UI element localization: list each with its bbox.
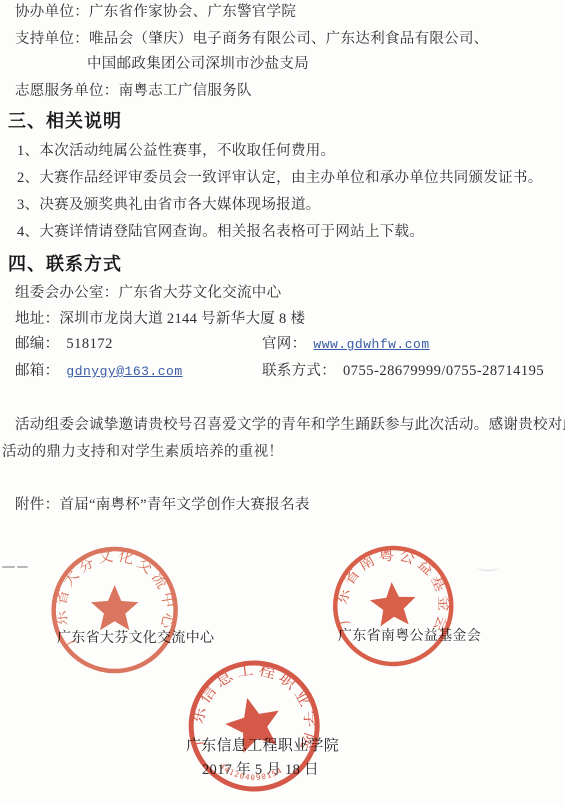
- website-label: 官网：: [262, 336, 306, 352]
- co-organizer-line: 协办单位：广东省作家协会、广东警官学院: [15, 4, 296, 21]
- official-seal-nanyue-fund: 广东省南粤公益基金会: [316, 529, 470, 688]
- email-link[interactable]: gdnygy@163.com: [66, 364, 182, 379]
- scan-artifact-dash: [2, 566, 15, 568]
- section-3-heading: 三、相关说明: [8, 111, 122, 133]
- support-unit-line-1: 支持单位：唯品会（肇庆）电子商务有限公司、广东达利食品有限公司、: [15, 31, 489, 48]
- closing-paragraph-line-1: 活动组委会诚挚邀请贵校号召喜爱文学的青年和学生踊跃参与此次活动。感谢贵校对此: [15, 417, 565, 434]
- scan-artifact-dash: [17, 566, 28, 568]
- closing-paragraph-line-2: 活动的鼎力支持和对学生素质培养的重视！: [2, 444, 283, 461]
- note-item-4: 4、大赛详情请登陆官网查询。相关报名表格可于网站上下载。: [17, 224, 424, 241]
- star-icon: [91, 585, 139, 630]
- note-item-2: 2、大赛作品经评审委员会一致评审认定，由主办单位和承办单位共同颁发证书。: [17, 170, 543, 187]
- star-icon: [220, 691, 286, 755]
- svg-text:广东信息工程职业学院: 广东信息工程职业学院: [186, 655, 326, 757]
- scanned-letter-page: 协办单位：广东省作家协会、广东警官学院 支持单位：唯品会（肇庆）电子商务有限公司…: [0, 0, 565, 806]
- phone-label: 联系方式：: [262, 363, 336, 379]
- seal-arc-text: 广东信息工程职业学院: [186, 655, 326, 757]
- postcode-line: 邮编：518172: [15, 336, 113, 353]
- committee-office-line: 组委会办公室：广东省大芬文化交流中心: [15, 285, 281, 302]
- official-seal-college: 广东信息工程职业学院 441204090154: [174, 646, 334, 806]
- scan-artifact-mark: [477, 564, 499, 571]
- section-4-heading: 四、联系方式: [8, 254, 122, 276]
- phone-value: 0755-28679999/0755-28714195: [343, 363, 544, 379]
- email-line: 邮箱：gdnygy@163.com: [15, 363, 183, 380]
- support-unit-line-2: 中国邮政集团公司深圳市沙盐支局: [87, 56, 309, 73]
- star-icon: [369, 580, 418, 626]
- postcode-value: 518172: [66, 336, 113, 352]
- note-item-3: 3、决赛及颁奖典礼由省市各大媒体现场报道。: [17, 197, 321, 214]
- phone-line: 联系方式：0755-28679999/0755-28714195: [262, 363, 544, 380]
- website-line: 官网：www.gdwhfw.com: [262, 336, 430, 353]
- address-line: 地址：深圳市龙岗大道 2144 号新华大厦 8 楼: [15, 311, 305, 328]
- postcode-label: 邮编：: [15, 336, 59, 352]
- volunteer-unit-line: 志愿服务单位：南粤志工广信服务队: [15, 83, 252, 100]
- note-item-1: 1、本次活动纯属公益性赛事，不收取任何费用。: [17, 143, 335, 160]
- email-label: 邮箱：: [15, 363, 59, 379]
- official-seal-dafen-center: 广东省大芬文化交流中心: [30, 525, 200, 699]
- website-link[interactable]: www.gdwhfw.com: [313, 337, 429, 352]
- attachment-line: 附件：首届“南粤杯”青年文学创作大赛报名表: [15, 497, 310, 514]
